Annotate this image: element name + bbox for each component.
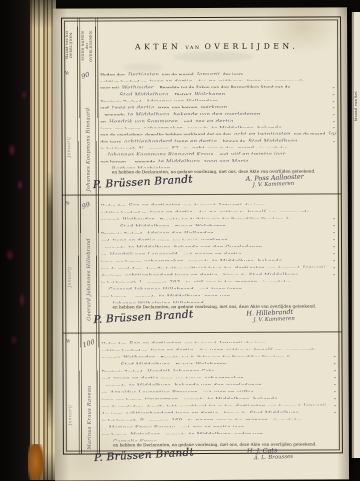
margin-number-symbol: № bbox=[65, 339, 70, 345]
ditto-mark: ” bbox=[334, 391, 336, 396]
signature-official: P. Brüssen Brandt bbox=[94, 446, 195, 464]
acts-container: Heden denDertigstenvan de maandJanuarijd… bbox=[53, 7, 349, 480]
ditto-mark: ” bbox=[334, 398, 336, 403]
signature-declarant: A. L. Brousses bbox=[254, 454, 293, 462]
next-page-edge: Maand van het bbox=[351, 12, 360, 458]
ditto-mark: ” bbox=[333, 260, 335, 265]
signature-row: P. Brüssen BrandtH. J. CatsA. L. Brousse… bbox=[102, 446, 338, 467]
margin-deceased-name-rotated: Marinus Kraus Raveau bbox=[87, 361, 93, 473]
signature-row: P. Brüssen BrandtH. HillebrandtJ. V. Kam… bbox=[101, 308, 337, 329]
margin-month-rotated: Januarij bbox=[68, 370, 73, 460]
ditto-mark: ” bbox=[334, 405, 336, 410]
ditto-mark: ” bbox=[333, 246, 335, 251]
signature-row: P. Brüssen BrandtA. Poss AalloosterJ. V.… bbox=[101, 174, 337, 195]
signature-official: P. Brüssen Brandt bbox=[93, 308, 194, 326]
act-block: Heden denEen en dertigstenvan de maandJa… bbox=[101, 197, 338, 329]
act-block: Heden denEen en dertigstenvan de maandJa… bbox=[101, 335, 338, 467]
ditto-mark: ” bbox=[332, 88, 334, 93]
ditto-mark: ” bbox=[333, 267, 335, 272]
register-page: Maand van het OVERLIJDEN. EIGEN NAMEN de… bbox=[53, 7, 349, 480]
margin-number-symbol: № bbox=[65, 201, 70, 207]
ditto-mark: ” bbox=[334, 377, 336, 382]
handwritten-text: Barbara Machielsen bbox=[112, 166, 171, 169]
margin-month-rotated: Januarij bbox=[67, 232, 72, 322]
binding-stain bbox=[28, 444, 43, 480]
margin-month-rotated: Januarij bbox=[67, 102, 72, 192]
signature-declarant: J. V. Kammeren bbox=[253, 316, 295, 324]
ditto-mark: ” bbox=[333, 356, 335, 361]
act-line: Johanna Wilhelmina Hillebrand bbox=[101, 295, 337, 303]
ditto-mark: ” bbox=[334, 412, 336, 417]
ditto-mark: ” bbox=[332, 101, 334, 106]
book-binding bbox=[0, 0, 30, 480]
handwritten-text: Cornelia Kraus bbox=[113, 439, 157, 441]
ditto-mark: ” bbox=[333, 134, 335, 139]
margin-deceased-name-rotated: Geerard Johannes Hillebrand bbox=[86, 223, 92, 335]
ditto-mark: ” bbox=[334, 384, 336, 389]
ditto-mark: ” bbox=[333, 239, 335, 244]
margin-deceased-name-rotated: Johannes Koopmans Rinnaard bbox=[85, 93, 91, 205]
act-line: Cornelia Kraus bbox=[102, 433, 338, 441]
margin-number-symbol: № bbox=[64, 71, 69, 77]
next-page-column-header: Maand van het bbox=[354, 61, 358, 151]
signature-declarant: J. V. Kammeren bbox=[253, 181, 295, 189]
ditto-mark: ” bbox=[333, 141, 335, 146]
ditto-mark: ” bbox=[333, 218, 335, 223]
gutter-smudge bbox=[47, 170, 53, 430]
signature-official: P. Brüssen Brandt bbox=[92, 174, 193, 192]
ditto-mark: ” bbox=[334, 363, 336, 368]
ditto-mark: ” bbox=[334, 370, 336, 375]
ditto-mark: ” bbox=[332, 128, 334, 133]
ditto-mark: ” bbox=[333, 253, 335, 258]
ditto-mark: ” bbox=[333, 274, 335, 279]
act-block: Heden denDertigstenvan de maandJanuarijd… bbox=[100, 67, 337, 194]
act-line: Barbara Machielsen bbox=[101, 161, 337, 169]
ditto-mark: ” bbox=[332, 108, 334, 113]
ditto-mark: ” bbox=[332, 114, 334, 119]
ditto-mark: ” bbox=[333, 232, 335, 237]
ditto-mark: ” bbox=[332, 94, 334, 99]
ditto-mark: ” bbox=[332, 121, 334, 126]
ditto-mark: ” bbox=[333, 225, 335, 230]
